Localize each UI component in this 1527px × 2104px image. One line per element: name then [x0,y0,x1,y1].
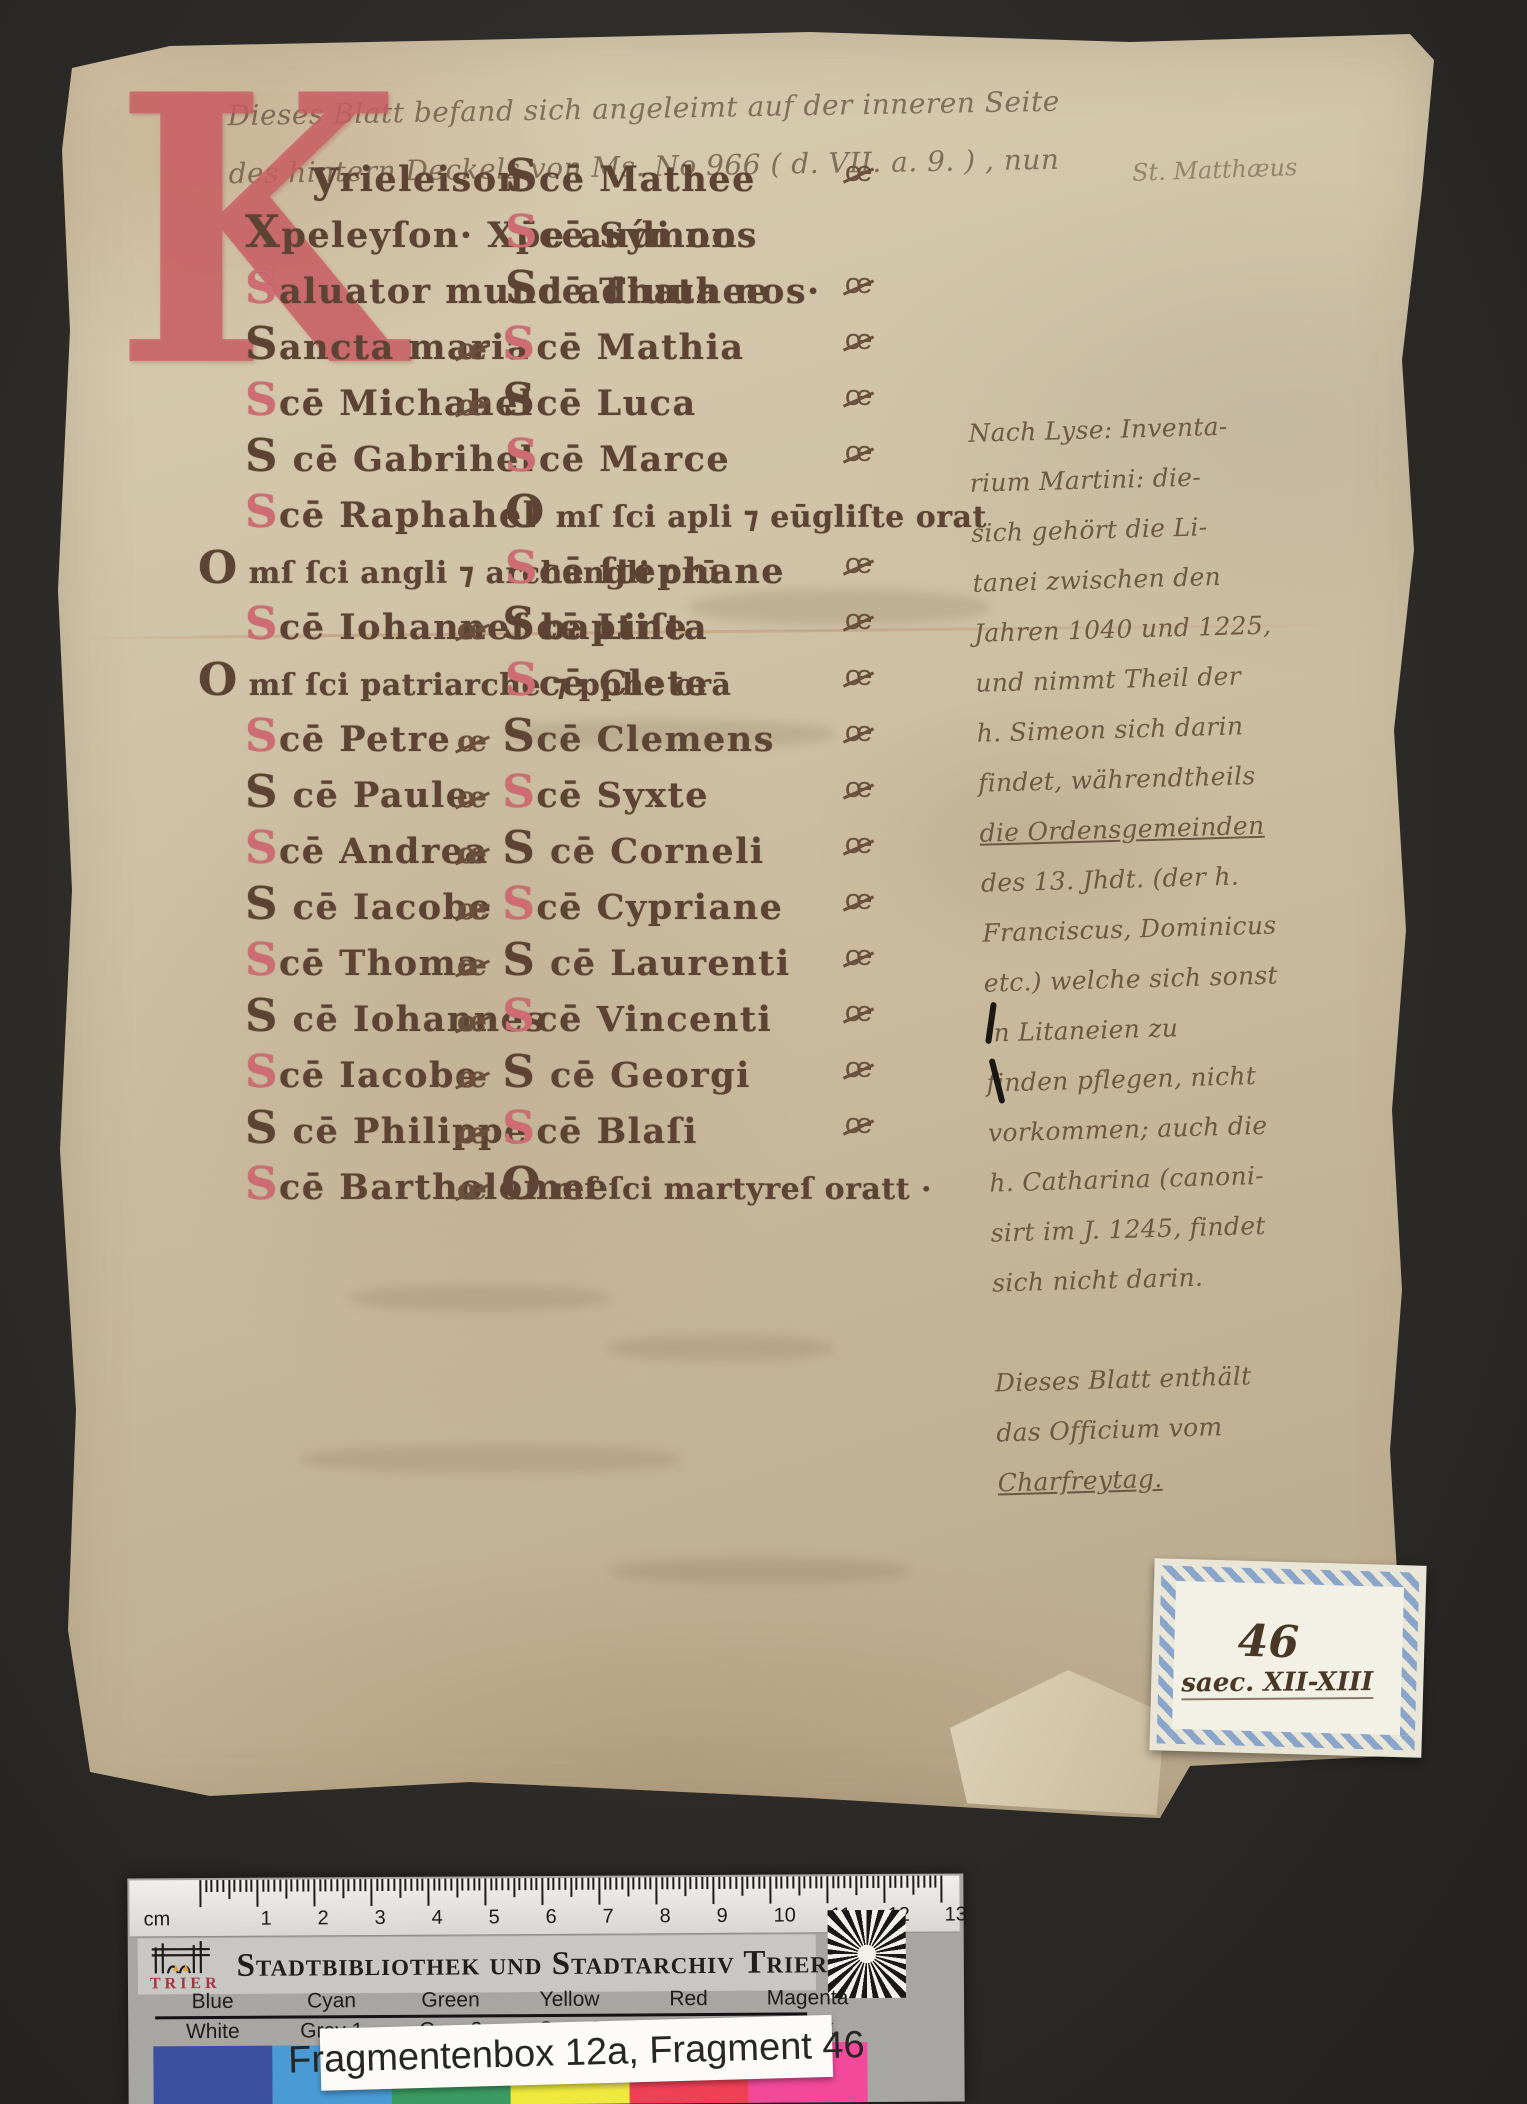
ruler-tick [826,1876,828,1903]
ora-pro-nobis-mark: œ [457,1006,488,1036]
ruler-tick [422,1879,424,1891]
show-through-text [300,1445,680,1473]
ruler-tick [228,1880,230,1899]
ruler-tick [650,1877,652,1889]
ruler-tick [348,1879,350,1891]
ora-pro-nobis-mark: œ [457,390,488,420]
ruler-tick [536,1878,538,1890]
ruler-number: 7 [602,1906,613,1929]
litany-entry: Scē Andrea [245,824,489,871]
ruler-number: 4 [431,1907,442,1930]
ora-pro-nobis-mark: œ [457,950,488,980]
calibration-card: cm12345678910111213 Trier Stadtbibliothe… [127,1873,964,2104]
ruler-tick [416,1879,418,1891]
ora-pro-nobis-mark: œ [845,884,872,917]
ruler-tick [621,1878,623,1890]
entry-initial: S [502,765,536,818]
litany-entry: œS cē Georgi [457,1048,751,1095]
ruler-tick [604,1878,606,1890]
entry-initial: S [245,1101,279,1154]
entry-initial: S [245,373,279,426]
color-patch [153,2046,272,2104]
ruler-tick [803,1876,805,1888]
ruler-tick [433,1879,435,1891]
ruler-unit: cm [143,1908,170,1931]
litany-entry: Scē Petre [245,712,451,759]
ruler-tick [399,1879,401,1898]
ora-pro-nobis-mark: œ [845,380,872,413]
ruler-number: 8 [659,1905,670,1928]
ruler-tick [655,1877,657,1904]
label-ornamental-border: 46 saec. XII-XIII [1157,1565,1420,1750]
ruler-tick [883,1876,885,1903]
ruler-tick [633,1877,635,1889]
ruler-tick [661,1877,663,1889]
ruler-tick [627,1877,629,1896]
ruler-tick [821,1876,823,1888]
parchment-leaf: Dieses Blatt befand sich angeleimt auf d… [50,30,1440,1820]
show-through-text [605,1335,835,1361]
ruler-tick [245,1880,247,1892]
ora-pro-nobis-mark: œ [845,772,872,805]
librarian-annotation-margin: Nach Lyse: Inventa-rium Martini: die-sic… [968,396,1479,1509]
ruler-tick [735,1877,737,1889]
entry-initial: S [245,1045,279,1098]
ora-pro-nobis-mark: œ [457,782,488,812]
litany-entry: Scē Thoma [245,936,481,983]
ruler-tick [462,1879,464,1891]
show-through-text [690,590,990,624]
siemens-star-target [828,1910,907,1998]
ruler-tick [872,1876,874,1888]
ora-pro-nobis-mark: œ [457,1174,487,1204]
ruler-tick [672,1877,674,1889]
ruler-tick [684,1877,686,1896]
ruler-tick [866,1876,868,1888]
ruler-number: 10 [773,1904,795,1927]
archive-number-label: 46 saec. XII-XIII [1149,1558,1426,1758]
entry-initial: S [505,205,539,258]
litany-entry: Scē ſtephane [505,544,785,591]
ruler-tick [268,1880,270,1892]
ruler-tick [513,1878,515,1897]
ruler-tick [940,1876,942,1903]
scale-label: Red [629,1987,748,2012]
ruler-tick [507,1878,509,1890]
ruler-tick [935,1876,937,1888]
ora-pro-nobis-mark: œ [845,324,872,357]
entry-initial: S [502,317,536,370]
ruler-tick [638,1877,640,1889]
ruler-tick [695,1877,697,1889]
ruler-tick [746,1877,748,1889]
ora-pro-nobis-mark: œ [845,268,872,301]
library-banner: Trier Stadtbibliothek und Stadtarchiv Tr… [138,1934,816,1994]
ruler-tick [541,1878,543,1905]
ora-pro-nobis-mark: œ [457,838,488,868]
entry-initial: O [198,653,238,706]
scale-label: Cyan [272,1989,391,2014]
manuscript-photograph: Dieses Blatt befand sich angeleimt auf d… [0,0,1527,2104]
ruler-tick [410,1879,412,1891]
ora-pro-nobis-mark: œ [457,334,488,364]
ruler-number: 6 [545,1906,556,1929]
ruler-tick [718,1877,720,1889]
ora-pro-nobis-mark: œ [457,1118,488,1148]
ruler-tick [615,1878,617,1890]
litany-entry: œScē Vincenti [457,992,772,1039]
ruler-tick [450,1879,452,1891]
ruler-tick [598,1878,600,1905]
ruler-tick [724,1877,726,1889]
litany-entry: S cē Gabrihel [245,432,535,479]
ruler-tick [330,1879,332,1891]
ora-pro-nobis-mark: œ [845,156,872,189]
ruler-tick [302,1879,304,1891]
ruler-number: 2 [317,1907,328,1930]
entry-initial: y [312,149,340,202]
litany-entry: œScē Line [457,600,688,647]
ora-pro-nobis-mark: œ [457,614,488,644]
entry-initial: S [245,1157,279,1210]
ruler-tick [234,1880,236,1892]
ruler-tick [376,1879,378,1891]
show-through-text [610,1558,910,1584]
entry-initial: S [502,877,536,930]
ruler-tick [929,1876,931,1888]
entry-initial: S [502,933,536,986]
ruler-tick [296,1880,298,1892]
ruler-tick [382,1879,384,1891]
ruler-number: 3 [374,1907,385,1930]
ruler-tick [256,1880,258,1907]
ruler-tick [912,1876,914,1895]
ruler-tick [900,1876,902,1888]
ruler-tick [690,1877,692,1889]
ruler-tick [342,1879,344,1898]
litany-entry: Scē Sýmon [505,208,738,255]
ruler-tick [370,1879,372,1906]
ruler-tick [860,1876,862,1888]
ora-pro-nobis-mark: œ [845,548,872,581]
ruler-tick [923,1876,925,1888]
ora-pro-nobis-mark: œ [845,828,872,861]
ruler-tick [308,1879,310,1891]
ruler-tick [439,1879,441,1891]
ruler-tick [786,1877,788,1889]
entry-initial: S [505,653,539,706]
entry-initial: S [245,261,279,314]
ruler-tick [792,1876,794,1888]
ruler-number: 1 [260,1908,271,1931]
ora-pro-nobis-mark: œ [845,1108,872,1141]
ruler-tick [519,1878,521,1890]
litany-entry: Scē Marce [505,432,730,479]
entry-initial: S [502,1045,536,1098]
litany-entry: œS cē Corneli [457,824,765,871]
entry-initial: O [505,485,545,538]
ruler-number: 9 [716,1905,727,1928]
ruler-tick [359,1879,361,1891]
ruler-number: 5 [488,1906,499,1929]
litany-entry: œScē Mathia [457,320,745,367]
litany-entry: yrieleison [312,152,525,199]
ruler-tick [501,1878,503,1890]
ruler-tick [895,1876,897,1888]
ruler-tick [667,1877,669,1889]
ruler-tick [815,1876,817,1888]
entry-initial: S [502,373,536,426]
scale-label: Magenta [748,1986,867,2011]
fragment-dating: saec. XII-XIII [1181,1667,1373,1700]
ruler-tick [262,1880,264,1892]
entry-initial: S [505,149,539,202]
ruler-tick [553,1878,555,1890]
ruler-tick [775,1877,777,1889]
litany-entry: S cē Paule [245,768,470,815]
ruler-tick [325,1879,327,1891]
entry-initial: X [245,205,281,258]
ruler-tick [530,1878,532,1890]
entry-initial: S [245,933,279,986]
ruler-number: 13 [944,1903,966,1926]
entry-initial: S [245,429,279,482]
ruler-tick [484,1878,486,1905]
ruler-tick [444,1879,446,1891]
ruler-tick [251,1880,253,1892]
entry-initial: O [501,1157,541,1210]
ruler-tick [610,1878,612,1890]
entry-initial: O [198,541,238,594]
library-logo: Trier [150,1939,221,1993]
ruler-tick [211,1880,213,1892]
ruler-tick [678,1877,680,1889]
ora-pro-nobis-mark: œ [845,1052,872,1085]
entry-initial: S [502,821,536,874]
ora-pro-nobis-mark: œ [457,1062,488,1092]
entry-initial: S [505,541,539,594]
ruler-tick [832,1876,834,1888]
ora-pro-nobis-mark: œ [845,940,872,973]
ruler-tick [564,1878,566,1890]
ora-pro-nobis-mark: œ [845,436,872,469]
ruler-tick [570,1878,572,1897]
ruler-tick [729,1877,731,1889]
ruler-tick [587,1878,589,1890]
ruler-tick [490,1878,492,1890]
trier-skyline-icon [150,1939,214,1975]
litany-entry: œS cē Laurenti [457,936,791,983]
ruler-tick [906,1876,908,1888]
ruler-tick [387,1879,389,1891]
ruler-tick [524,1878,526,1890]
ruler-tick [216,1880,218,1892]
entry-initial: S [245,317,279,370]
show-through-text [350,1285,610,1311]
ruler-tick [889,1876,891,1888]
ruler-tick [781,1877,783,1889]
ruler-tick [222,1880,224,1892]
ruler-tick [205,1880,207,1892]
ruler-tick [319,1879,321,1891]
litany-entry: Scē Raphahel [245,488,537,535]
ruler-tick [809,1876,811,1888]
ruler-tick [479,1878,481,1890]
ruler-tick [313,1879,315,1906]
entry-initial: S [502,1101,536,1154]
entry-initial: S [505,429,539,482]
library-name: Stadtbibliothek und Stadtarchiv Trier [236,1944,828,1985]
ruler-tick [353,1879,355,1891]
ruler-tick [764,1877,766,1889]
ruler-tick [285,1880,287,1899]
litany-entry: œO mſ ſci martyreſ oratt · [457,1160,932,1207]
parchment-fold-corner [950,1670,1165,1815]
ruler-tick [843,1876,845,1888]
ruler-tick [576,1878,578,1890]
entry-initial: S [245,821,279,874]
entry-initial: S [502,989,536,1042]
ruler-tick [752,1877,754,1889]
ora-pro-nobis-mark: œ [845,716,872,749]
ruler-tick [855,1876,857,1895]
entry-initial: S [502,597,536,650]
litany-entry: O mſ ſci apli ⁊ eūgliſte orat [505,488,987,535]
show-through-text [505,720,835,748]
entry-initial: S [505,261,539,314]
entry-initial: S [245,989,279,1042]
ruler-tick [393,1879,395,1891]
entry-initial: S [245,597,279,650]
ruler-tick [741,1877,743,1896]
entry-initial: S [245,709,279,762]
ruler-tick [199,1880,201,1907]
ruler-tick [291,1880,293,1892]
scale-label: Green [391,1988,510,2013]
ruler-tick [838,1876,840,1888]
ruler-tick [456,1879,458,1898]
ruler-tick [558,1878,560,1890]
scale-label: Yellow [510,1987,629,2012]
litany-entry: Scē Clete [505,656,709,703]
ruler-tick [273,1880,275,1892]
ruler-tick [798,1876,800,1895]
ruler-tick [496,1878,498,1890]
litany-entry: œScē Luca [457,376,697,423]
litany-entry: œScē Blaſi [457,1104,698,1151]
ruler-tick [849,1876,851,1888]
scale-label: Blue [153,1990,272,2015]
entry-initial: S [245,877,279,930]
scale-label: White [153,2020,272,2045]
ora-pro-nobis-mark: œ [845,996,872,1029]
ruler-tick [644,1877,646,1889]
ruler-tick [279,1880,281,1892]
ruler-tick [336,1879,338,1891]
ruler-tick [769,1877,771,1904]
litany-entry: Scē Iacobe [245,1048,479,1095]
ruler-tick [239,1880,241,1892]
ruler-tick [547,1878,549,1890]
litany-entry: œScē Cypriane [457,880,783,927]
ruler-tick [581,1878,583,1890]
ruler-tick [707,1877,709,1889]
ruler-tick [427,1879,429,1906]
ruler-tick [473,1878,475,1890]
entry-initial: S [245,485,279,538]
ruler-tick [712,1877,714,1904]
ruler-tick [917,1876,919,1888]
ruler-tick [758,1877,760,1889]
ruler-tick [365,1879,367,1891]
ruler-tick [405,1879,407,1891]
ruler-tick [593,1878,595,1890]
litany-entry: œScē Syxte [457,768,709,815]
litany-entry: Scē Mathee [505,152,756,199]
ora-pro-nobis-mark: œ [845,660,872,693]
ruler-tick [467,1878,469,1890]
litany-entry: Scē Thathee [505,264,770,311]
entry-initial: S [245,765,279,818]
ora-pro-nobis-mark: œ [457,726,488,756]
ora-pro-nobis-mark: œ [457,894,488,924]
ruler-tick [701,1877,703,1889]
librarian-annotation-side: St. Matthæus [1132,153,1298,187]
fragment-number: 46 [1237,1615,1300,1668]
ruler-tick [878,1876,880,1888]
